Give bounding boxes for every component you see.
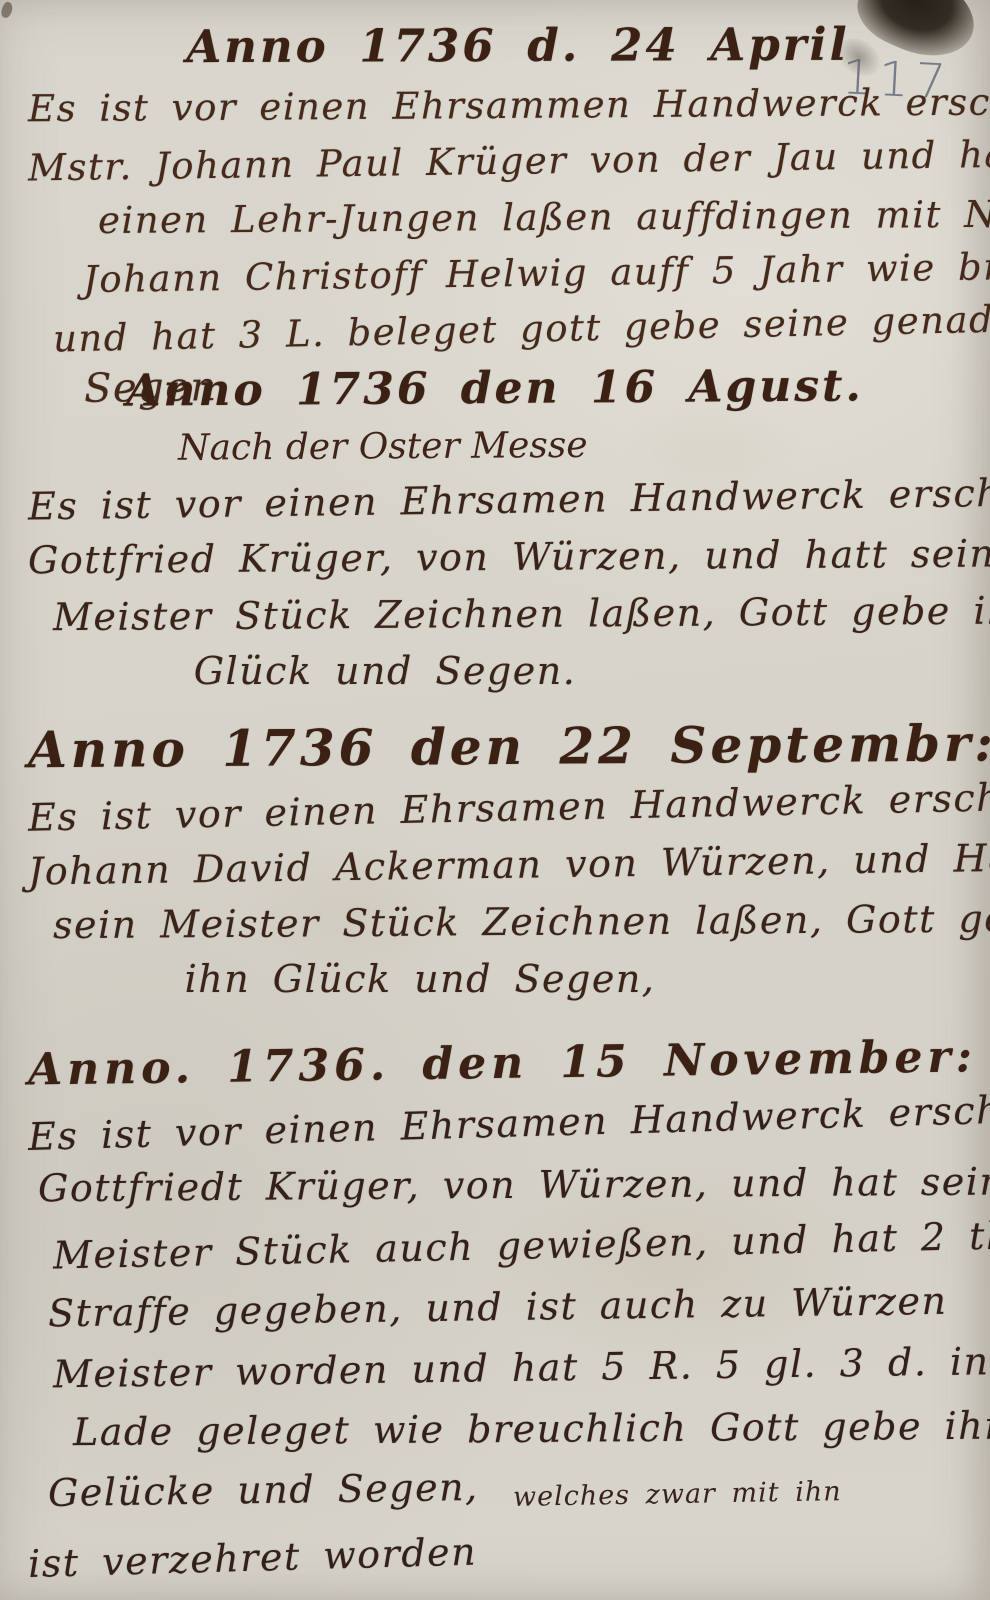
manuscript-line: Mstr. Johann Paul Krüger von der Jau und… — [28, 127, 963, 196]
manuscript-line: sein Meister Stück Zeichnen laßen, Gott … — [53, 891, 962, 954]
manuscript-line: Es ist vor einen Ehrsamen Handwerck ersc… — [28, 465, 963, 535]
entry-november-1736: Anno. 1736. den 15 November: Es ist vor … — [28, 1034, 962, 1582]
segen-and-heading-row: Segen Anno 1736 den 16 Agust. — [28, 358, 962, 420]
manuscript-line: Lade geleget wie breuchlich Gott gebe ih… — [73, 1396, 962, 1463]
entry-august-1736: Nach der Oster Messe Es ist vor einen Eh… — [28, 420, 962, 700]
manuscript-line: Johann David Ackerman von Würzen, und Ha… — [28, 830, 963, 900]
manuscript-line: Meister Stück Zeichnen laßen, Gott gebe … — [53, 583, 962, 646]
manuscript-line: Meister worden und hat 5 R. 5 gl. 3 d. i… — [53, 1332, 963, 1406]
manuscript-page: 117 Anno 1736 d. 24 April Es ist vor ein… — [0, 0, 990, 1600]
manuscript-line: Es ist vor einen Ehrsammen Handwerck ers… — [28, 75, 962, 138]
entry-date-heading: Anno 1736 d. 24 April — [28, 12, 962, 79]
manuscript-content: Anno 1736 d. 24 April Es ist vor einen E… — [0, 0, 990, 1582]
manuscript-line: Gelücke und Segen, — [48, 1457, 479, 1524]
manuscript-line: Glück und Segen. — [28, 643, 962, 700]
manuscript-line: einen Lehr-Jungen laßen auffdingen mit N… — [98, 187, 962, 249]
entry-september-1736: Anno 1736 den 22 Septembr: Es ist vor ei… — [28, 714, 962, 1008]
entry-date-heading: Anno 1736 den 16 Agust. — [28, 355, 962, 424]
manuscript-line: ihn Glück und Segen, — [28, 951, 962, 1008]
manuscript-line: Gottfried Krüger, von Würzen, und hatt s… — [28, 526, 962, 590]
entry-april-1736: Anno 1736 d. 24 April Es ist vor einen E… — [28, 14, 962, 358]
